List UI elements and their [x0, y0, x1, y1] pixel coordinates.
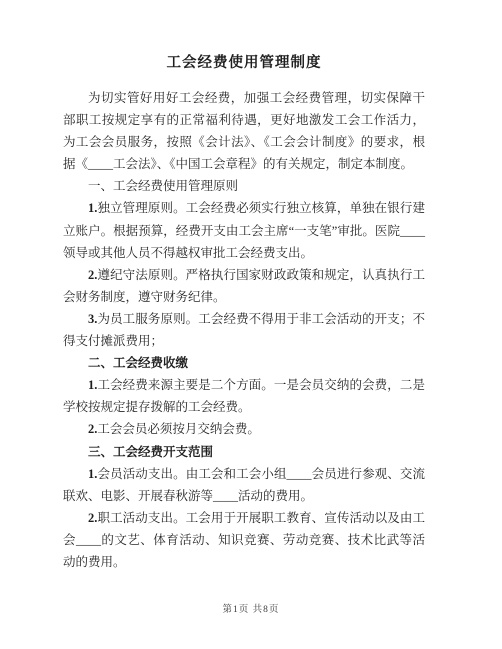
- item-number: 3.: [88, 312, 97, 326]
- item-text: 工会会员必须按月交纳会费。: [97, 422, 260, 436]
- item-text: 职工活动支出。工会用于开展职工教育、宣传活动以及由工会____的文艺、体育活动、…: [63, 511, 425, 569]
- document-page: 工会经费使用管理制度 为切实管好用好工会经费，加强工会经费管理，切实保障干部职工…: [0, 0, 502, 649]
- item-number: 2.: [88, 511, 97, 525]
- item-text: 会员活动支出。由工会和工会小组____会员进行参观、交流联欢、电影、开展春秋游等…: [63, 467, 425, 503]
- section-heading-1: 一、工会经费使用管理原则: [63, 175, 425, 197]
- document-title: 工会经费使用管理制度: [63, 53, 425, 73]
- list-item: 2.工会会员必须按月交纳会费。: [63, 418, 425, 440]
- item-number: 1.: [88, 201, 97, 215]
- list-item: 2.遵纪守法原则。严格执行国家财政政策和规定，认真执行工会财务制度，遵守财务纪律…: [63, 264, 425, 308]
- item-number: 2.: [88, 422, 97, 436]
- item-number: 2.: [88, 268, 97, 282]
- section-heading-2: 二、工会经费收缴: [63, 352, 425, 374]
- item-text: 工会经费来源主要是二个方面。一是会员交纳的会费，二是学校按规定提存拨解的工会经费…: [63, 378, 425, 414]
- section-heading-3: 三、工会经费开支范围: [63, 441, 425, 463]
- page-footer: 第1页 共8页: [0, 604, 502, 616]
- intro-paragraph: 为切实管好用好工会经费，加强工会经费管理，切实保障干部职工按规定享有的正常福利待…: [63, 87, 425, 175]
- list-item: 1.独立管理原则。工会经费必须实行独立核算，单独在银行建立账户。根据预算，经费开…: [63, 197, 425, 263]
- list-item: 2.职工活动支出。工会用于开展职工教育、宣传活动以及由工会____的文艺、体育活…: [63, 507, 425, 573]
- list-item: 3.为员工服务原则。工会经费不得用于非工会活动的开支；不得支付摊派费用；: [63, 308, 425, 352]
- item-text: 遵纪守法原则。严格执行国家财政政策和规定，认真执行工会财务制度，遵守财务纪律。: [63, 268, 425, 304]
- item-text: 独立管理原则。工会经费必须实行独立核算，单独在银行建立账户。根据预算，经费开支由…: [63, 201, 425, 259]
- item-number: 1.: [88, 467, 97, 481]
- list-item: 1.工会经费来源主要是二个方面。一是会员交纳的会费，二是学校按规定提存拨解的工会…: [63, 374, 425, 418]
- list-item: 1.会员活动支出。由工会和工会小组____会员进行参观、交流联欢、电影、开展春秋…: [63, 463, 425, 507]
- document-content: 工会经费使用管理制度 为切实管好用好工会经费，加强工会经费管理，切实保障干部职工…: [63, 53, 425, 573]
- item-number: 1.: [88, 378, 97, 392]
- item-text: 为员工服务原则。工会经费不得用于非工会活动的开支；不得支付摊派费用；: [63, 312, 425, 348]
